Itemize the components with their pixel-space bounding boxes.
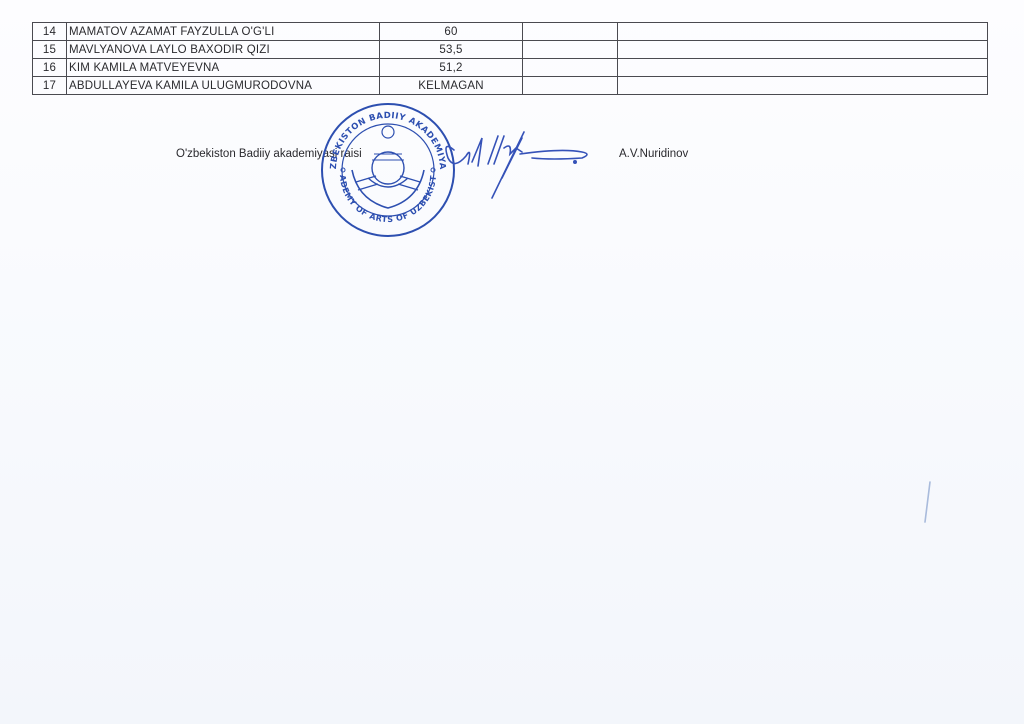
empty-cell [618, 23, 988, 41]
table-row: 17 ABDULLAYEVA KAMILA ULUGMURODOVNA KELM… [33, 77, 988, 95]
row-number: 14 [33, 23, 67, 41]
participant-name: ABDULLAYEVA KAMILA ULUGMURODOVNA [67, 77, 380, 95]
handwritten-signature-icon [432, 118, 612, 218]
empty-cell [618, 41, 988, 59]
empty-cell [523, 59, 618, 77]
row-number: 16 [33, 59, 67, 77]
table-row: 16 KIM KAMILA MATVEYEVNA 51,2 [33, 59, 988, 77]
participant-score: 60 [380, 23, 523, 41]
empty-cell [618, 59, 988, 77]
participant-name: MAVLYANOVA LAYLO BAXODIR QIZI [67, 41, 380, 59]
participant-name: MAMATOV AZAMAT FAYZULLA O'G'LI [67, 23, 380, 41]
signatory-name: A.V.Nuridinov [619, 148, 688, 160]
results-table: 14 MAMATOV AZAMAT FAYZULLA O'G'LI 60 15 … [32, 22, 988, 95]
participant-score: KELMAGAN [380, 77, 523, 95]
participant-score: 51,2 [380, 59, 523, 77]
participant-name: KIM KAMILA MATVEYEVNA [67, 59, 380, 77]
row-number: 15 [33, 41, 67, 59]
participant-score: 53,5 [380, 41, 523, 59]
table-row: 15 MAVLYANOVA LAYLO BAXODIR QIZI 53,5 [33, 41, 988, 59]
empty-cell [523, 41, 618, 59]
scanned-page-background [0, 0, 1024, 724]
table-row: 14 MAMATOV AZAMAT FAYZULLA O'G'LI 60 [33, 23, 988, 41]
pen-mark-icon [921, 478, 935, 528]
empty-cell [618, 77, 988, 95]
empty-cell [523, 23, 618, 41]
empty-cell [523, 77, 618, 95]
row-number: 17 [33, 77, 67, 95]
